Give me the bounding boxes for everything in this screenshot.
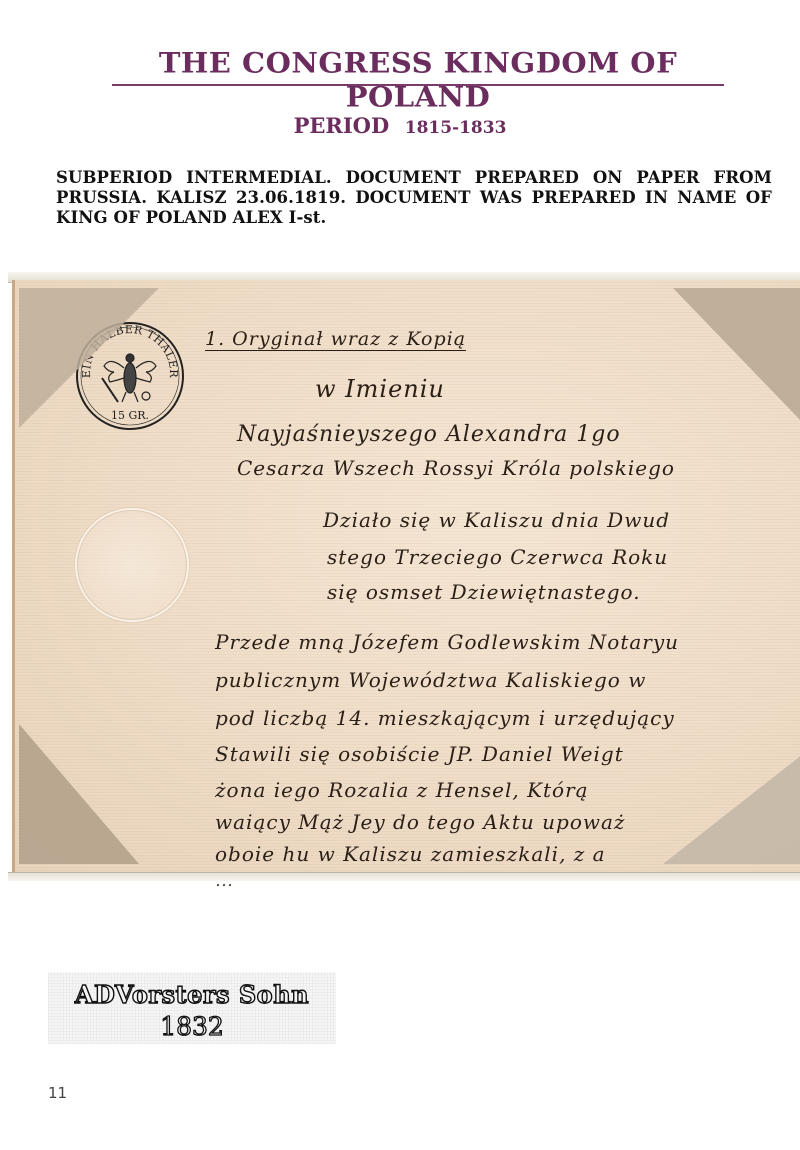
period-label: PERIOD [294, 113, 390, 138]
handwritten-line: stego Trzeciego Czerwca Roku [327, 545, 668, 569]
embossed-seal [75, 508, 189, 622]
handwritten-line: oboie hu w Kaliszu zamieszkali, z a [215, 842, 606, 866]
handwritten-line: publicznym Województwa Kaliskiego w [215, 668, 646, 692]
title-underline [112, 84, 724, 86]
page-title: THE CONGRESS KINGDOM OF POLAND [112, 46, 724, 114]
handwritten-line: w Imieniu [315, 375, 445, 403]
period-years: 1815-1833 [405, 118, 507, 138]
handwritten-line: Przede mną Józefem Godlewskim Notaryu [215, 630, 679, 654]
photo-corner-top-left [19, 288, 159, 428]
photo-corner-bottom-left [19, 724, 139, 864]
watermark-reproduction: ADVorsters Sohn 1832 [48, 972, 336, 1044]
document-sheet: EIN HALBER THALER 15 GR. 1. Oryginał wra… [8, 272, 800, 884]
handwritten-line: Nayjaśnieyszego Alexandra 1go [237, 422, 621, 447]
handwritten-line: się osmset Dziewiętnastego. [327, 580, 641, 604]
handwritten-line: waiący Mąż Jey do tego Aktu upoważ [215, 810, 625, 834]
mount-strip-bottom [8, 872, 800, 881]
handwritten-line: 1. Oryginał wraz z Kopią [205, 328, 466, 350]
handwritten-line: żona iego Rozalia z Hensel, Którą [215, 778, 589, 802]
handwritten-line: pod liczbą 14. mieszkającym i urzędujący [215, 706, 675, 730]
photo-corner-bottom-right [663, 754, 800, 864]
photo-corner-top-right [673, 288, 800, 423]
handwritten-line: Cesarza Wszech Rossyi Króla polskiego [237, 456, 675, 480]
handwritten-line: Stawili się osobiście JP. Daniel Weigt [215, 742, 624, 766]
period-heading: PERIOD 1815-1833 [0, 113, 800, 138]
document-description: SUBPERIOD INTERMEDIAL. DOCUMENT PREPARED… [56, 168, 772, 228]
handwritten-line: Działo się w Kaliszu dnia Dwud [323, 508, 670, 532]
paper: EIN HALBER THALER 15 GR. 1. Oryginał wra… [12, 280, 800, 874]
watermark-year: 1832 [48, 1012, 336, 1041]
page-number: 11 [48, 1084, 67, 1102]
watermark-maker: ADVorsters Sohn [48, 980, 336, 1009]
